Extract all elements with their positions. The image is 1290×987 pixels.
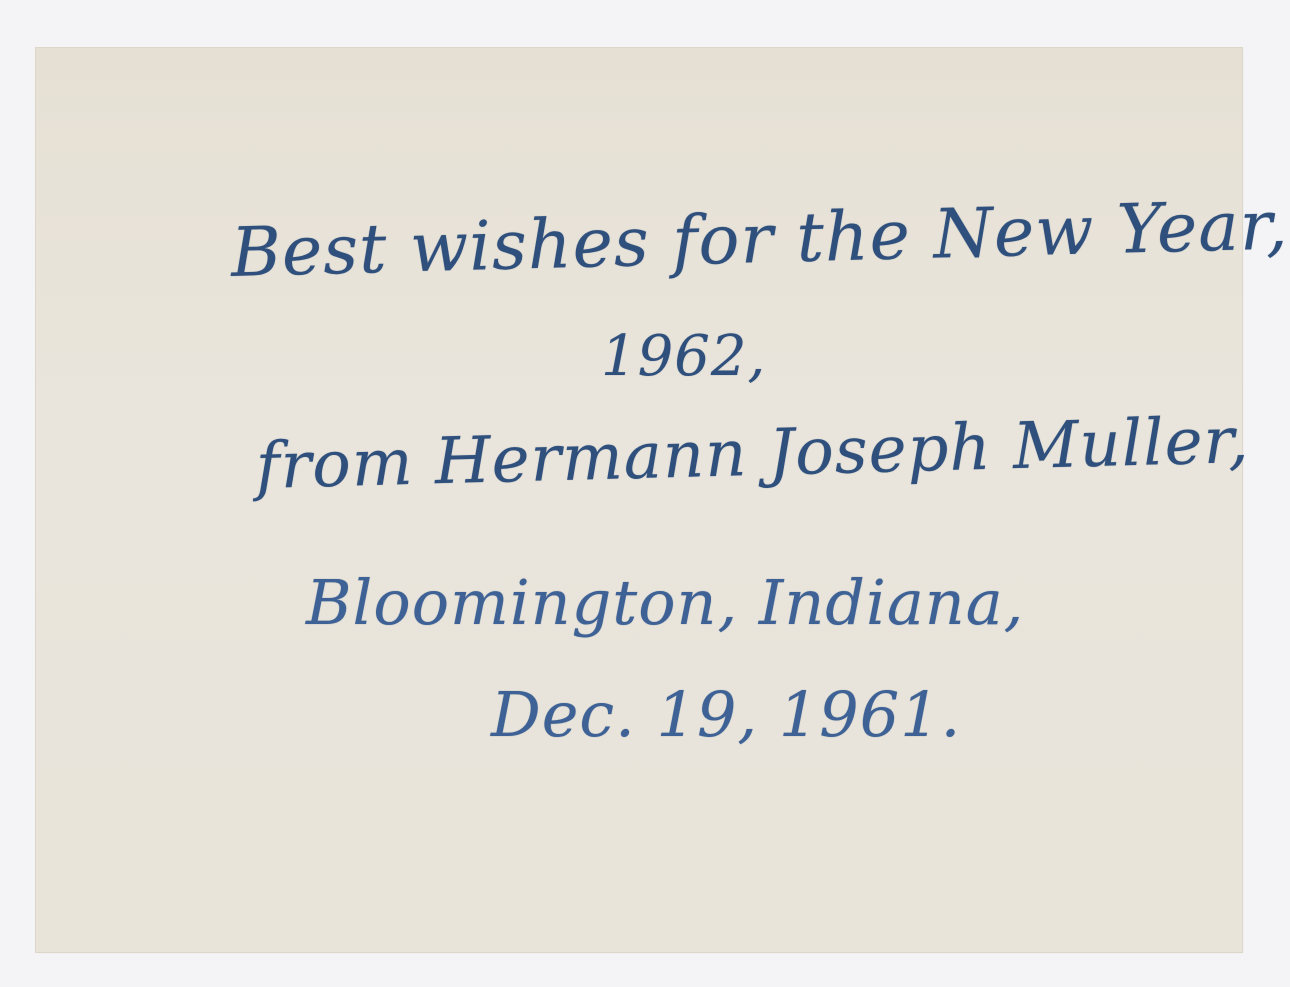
year-line: 1962,	[601, 324, 766, 389]
sender-line: from Hermann Joseph Muller,	[255, 404, 1250, 504]
greeting-line: Best wishes for the New Year,	[230, 186, 1289, 293]
date-line: Dec. 19, 1961.	[491, 678, 961, 751]
location-line: Bloomington, Indiana,	[306, 566, 1024, 639]
handwritten-card: Best wishes for the New Year, 1962, from…	[36, 48, 1242, 952]
